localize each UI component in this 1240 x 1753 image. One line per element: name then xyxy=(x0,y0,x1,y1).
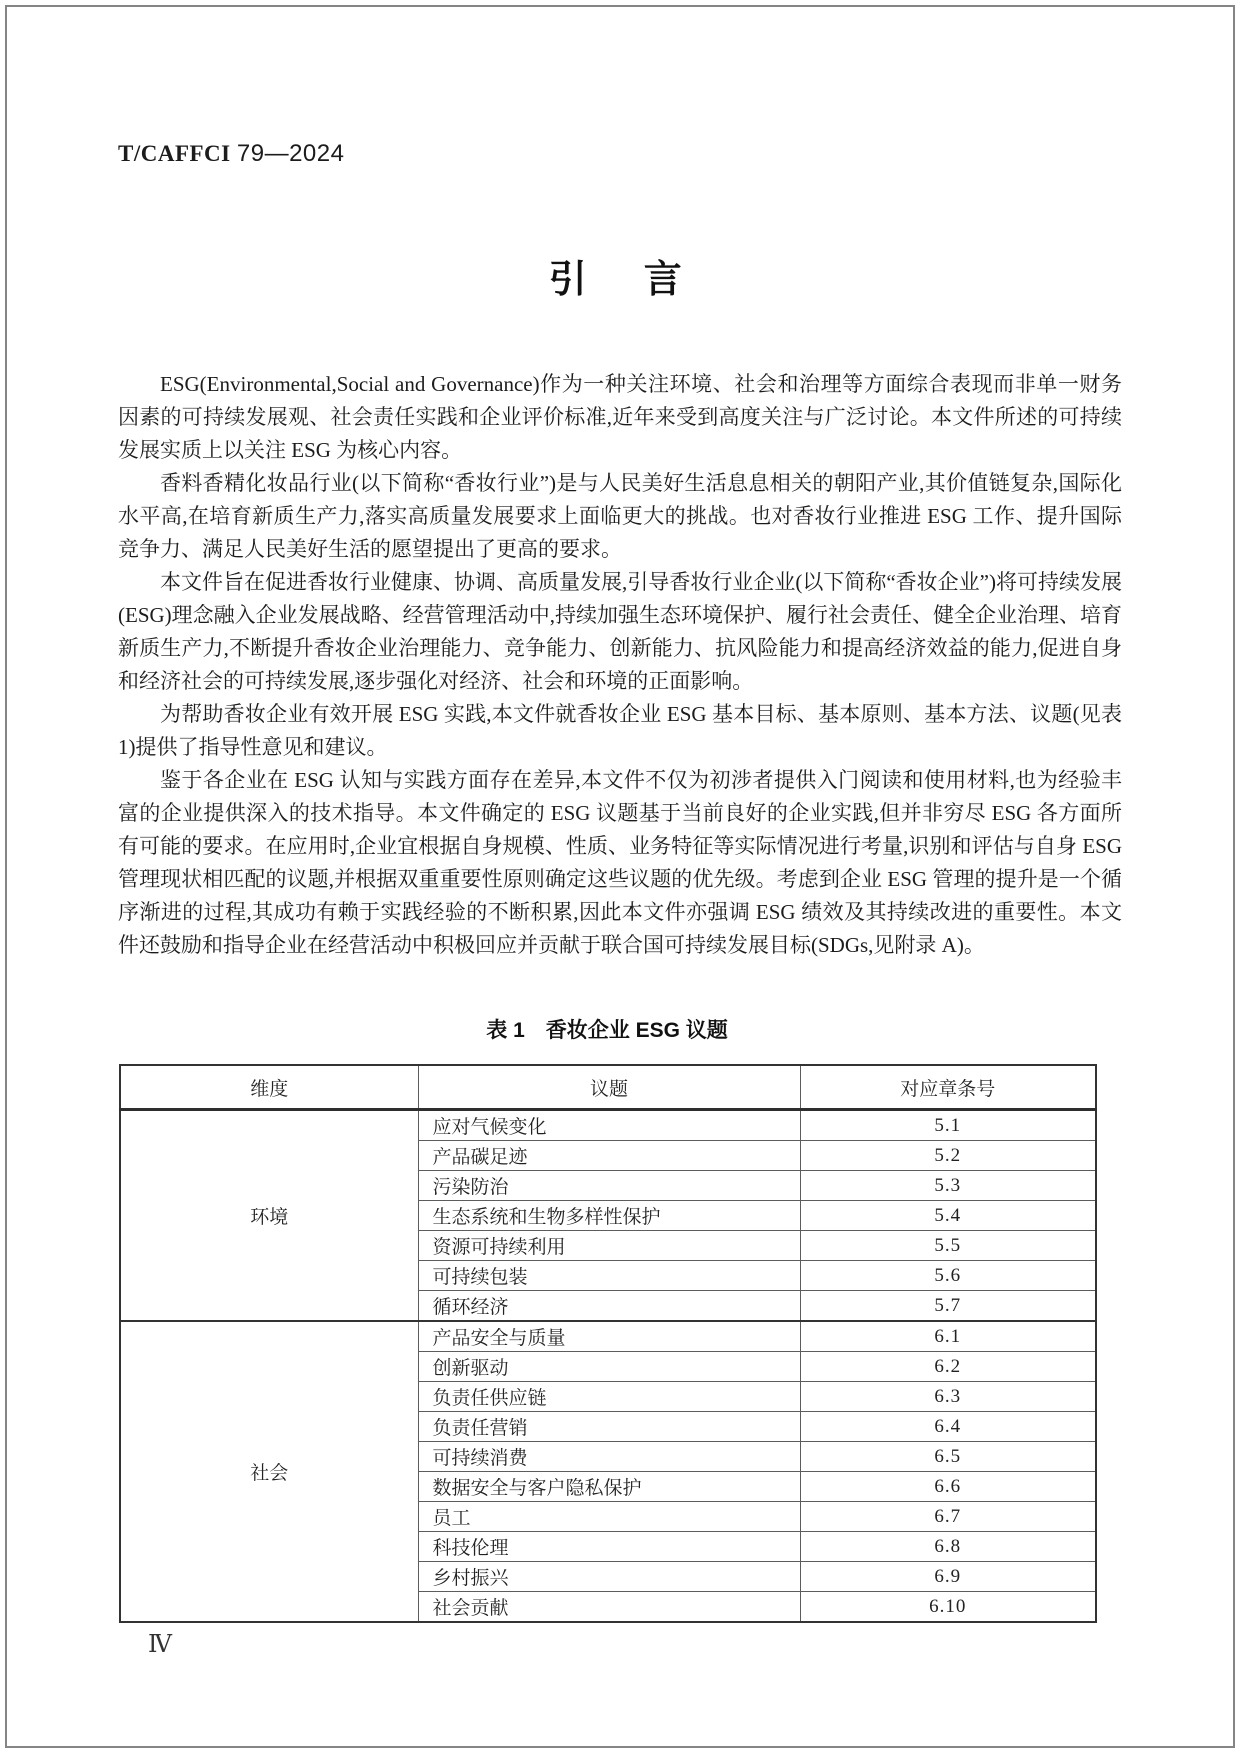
intro-title: 引 言 xyxy=(118,248,1122,303)
clause-cell: 6.1 xyxy=(800,1321,1096,1352)
column-header-clause: 对应章条号 xyxy=(800,1065,1096,1110)
topic-cell: 可持续消费 xyxy=(418,1442,800,1472)
table-row: 环境 应对气候变化 5.1 xyxy=(120,1110,1096,1141)
topic-cell: 乡村振兴 xyxy=(418,1562,800,1592)
topic-cell: 负责任营销 xyxy=(418,1412,800,1442)
clause-cell: 5.5 xyxy=(800,1231,1096,1261)
topic-cell: 产品安全与质量 xyxy=(418,1321,800,1352)
clause-cell: 5.1 xyxy=(800,1110,1096,1141)
clause-cell: 6.3 xyxy=(800,1382,1096,1412)
topic-cell: 员工 xyxy=(418,1502,800,1532)
table-header-row: 维度 议题 对应章条号 xyxy=(120,1065,1096,1110)
clause-cell: 6.9 xyxy=(800,1562,1096,1592)
clause-cell: 6.4 xyxy=(800,1412,1096,1442)
clause-cell: 6.5 xyxy=(800,1442,1096,1472)
intro-paragraph: 鉴于各企业在 ESG 认知与实践方面存在差异,本文件不仅为初涉者提供入门阅读和使… xyxy=(118,764,1122,962)
topic-cell: 负责任供应链 xyxy=(418,1382,800,1412)
clause-cell: 6.7 xyxy=(800,1502,1096,1532)
page-number: Ⅳ xyxy=(148,1630,172,1659)
intro-paragraph: 本文件旨在促进香妆行业健康、协调、高质量发展,引导香妆行业企业(以下简称“香妆企… xyxy=(118,566,1122,698)
topic-cell: 污染防治 xyxy=(418,1171,800,1201)
column-header-dimension: 维度 xyxy=(120,1065,418,1110)
doc-code-prefix: T/CAFFCI xyxy=(118,141,231,166)
clause-cell: 6.10 xyxy=(800,1592,1096,1623)
topic-cell: 创新驱动 xyxy=(418,1352,800,1382)
doc-code: T/CAFFCI 79—2024 xyxy=(118,140,344,168)
clause-cell: 5.6 xyxy=(800,1261,1096,1291)
topic-cell: 可持续包装 xyxy=(418,1261,800,1291)
intro-body: ESG(Environmental,Social and Governance)… xyxy=(118,368,1122,962)
topic-cell: 循环经济 xyxy=(418,1291,800,1322)
intro-paragraph: 为帮助香妆企业有效开展 ESG 实践,本文件就香妆企业 ESG 基本目标、基本原… xyxy=(118,698,1122,764)
clause-cell: 5.2 xyxy=(800,1141,1096,1171)
table-caption: 表 1 香妆企业 ESG 议题 xyxy=(119,1014,1095,1044)
topic-cell: 社会贡献 xyxy=(418,1592,800,1623)
topic-cell: 资源可持续利用 xyxy=(418,1231,800,1261)
clause-cell: 6.8 xyxy=(800,1532,1096,1562)
column-header-topic: 议题 xyxy=(418,1065,800,1110)
topic-cell: 生态系统和生物多样性保护 xyxy=(418,1201,800,1231)
esg-topics-table: 维度 议题 对应章条号 环境 应对气候变化 5.1 产品碳足迹 5.2 污染防治… xyxy=(119,1064,1097,1623)
clause-cell: 6.2 xyxy=(800,1352,1096,1382)
intro-paragraph: 香料香精化妆品行业(以下简称“香妆行业”)是与人民美好生活息息相关的朝阳产业,其… xyxy=(118,467,1122,566)
dimension-cell-environment: 环境 xyxy=(120,1110,418,1322)
clause-cell: 5.7 xyxy=(800,1291,1096,1322)
table-row: 社会 产品安全与质量 6.1 xyxy=(120,1321,1096,1352)
topic-cell: 应对气候变化 xyxy=(418,1110,800,1141)
clause-cell: 5.3 xyxy=(800,1171,1096,1201)
document-page: T/CAFFCI 79—2024 引 言 ESG(Environmental,S… xyxy=(0,0,1240,1753)
topic-cell: 科技伦理 xyxy=(418,1532,800,1562)
topic-cell: 产品碳足迹 xyxy=(418,1141,800,1171)
dimension-cell-social: 社会 xyxy=(120,1321,418,1622)
intro-paragraph: ESG(Environmental,Social and Governance)… xyxy=(118,368,1122,467)
clause-cell: 5.4 xyxy=(800,1201,1096,1231)
clause-cell: 6.6 xyxy=(800,1472,1096,1502)
doc-code-number: 79—2024 xyxy=(237,140,345,167)
topic-cell: 数据安全与客户隐私保护 xyxy=(418,1472,800,1502)
